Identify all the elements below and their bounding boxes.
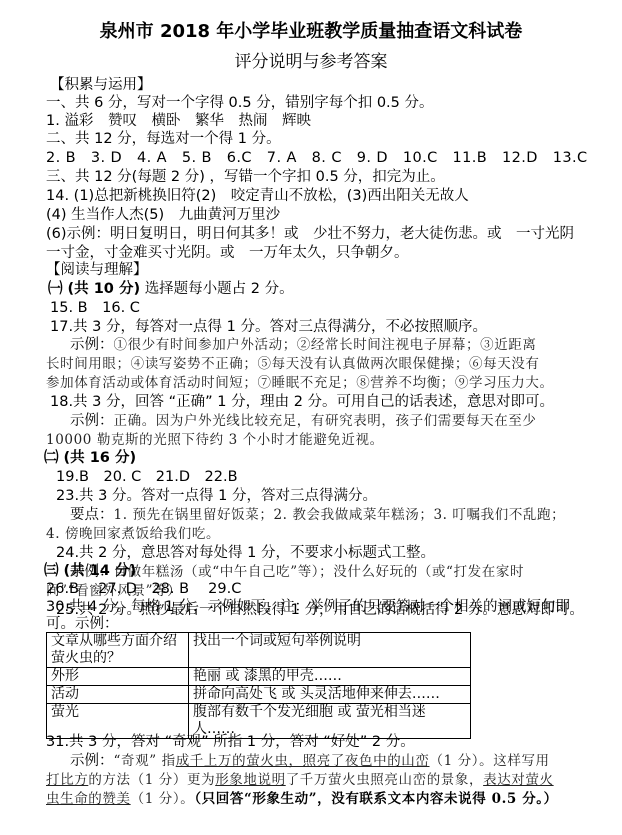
q17-example-text: ①很少有时间参加户外活动；②经常长时间注视电子屏幕；③近距离 xyxy=(114,337,537,353)
table-cell: 拼命向高处飞 或 头灵活地伸来伸去…… xyxy=(189,686,471,704)
example-label: 示例： xyxy=(70,337,114,353)
q1-answer: 1. 溢彩 赞叹 横卧 繁华 热闹 辉映 xyxy=(46,112,311,130)
q17-example-l2: 长时间用眼；④读写姿势不正确；⑤每天没有认真做两次眼保健操；⑥每天没有 xyxy=(46,355,540,373)
q14-line1: 14. (1)总把新桃换旧符(2) 咬定青山不放松，(3)西出阳关无故人 xyxy=(46,187,469,205)
q17-example-l3: 参加体育活动或体育活动时间短；⑦睡眠不充足；⑧营养不均衡；⑨学习压力大。 xyxy=(46,374,554,392)
table-cell: 活动 xyxy=(47,686,189,704)
q31-text: “奇观” 指 xyxy=(114,753,176,769)
part3-rule: 三、共 12 分(每题 2 分) ，写错一个字扣 0.5 分，扣完为止。 xyxy=(46,168,445,186)
q18-example-text: 正确。因为户外光线比较充足，有研究表明，孩子们需要每天在至少 xyxy=(114,413,537,429)
part3-heading: ㈢ (共 14 分) xyxy=(44,562,136,580)
part1-heading: ㈠ (共 10 分) xyxy=(48,281,140,297)
part2-heading: ㈡ (共 16 分) xyxy=(44,449,136,467)
table-cell: 艳丽 或 漆黑的甲壳…… xyxy=(189,668,471,686)
q26-29-answers: 26.B 27. D 28. B 29.C xyxy=(46,580,241,598)
q31-underlined: 形象地说明 xyxy=(215,772,286,788)
q31-text: 了千万萤火虫照亮山峦的景象， xyxy=(286,772,483,788)
example-label: 示例： xyxy=(70,753,114,769)
q31-text: （1 分）。 xyxy=(131,791,195,807)
q24-example-text: 自做年糕汤（或“中午自己吃”等）；没什么好玩的（或“打发在家时 xyxy=(114,564,525,580)
q2-13-answers: 2. B 3. D 4. A 5. B 6.C 7. A 8. C 9. D 1… xyxy=(46,149,588,167)
q31-text: （1 分）。这样写用 xyxy=(430,753,550,769)
table-header-cell: 文章从哪些方面介绍萤火虫的？ xyxy=(47,633,189,668)
q24-rule: 24.共 2 分，意思答对每处得 1 分，不要求小标题式工整。 xyxy=(56,544,435,562)
section-heading-accumulation: 【积累与运用】 xyxy=(50,76,152,94)
q24-example-l1: 示例：自做年糕汤（或“中午自己吃”等）；没什么好玩的（或“打发在家时 xyxy=(70,563,524,581)
section-heading-reading: 【阅读与理解】 xyxy=(46,261,148,279)
points-label: 要点： xyxy=(70,507,114,523)
q23-rule: 23.共 3 分。答对一点得 1 分，答对三点得满分。 xyxy=(56,487,377,505)
table-header-row: 文章从哪些方面介绍萤火虫的？ 找出一个词或短句举例说明 xyxy=(47,633,471,668)
q18-example-l1: 示例：正确。因为户外光线比较充足，有研究表明，孩子们需要每天在至少 xyxy=(70,412,537,430)
q30-answer-table: 文章从哪些方面介绍萤火虫的？ 找出一个词或短句举例说明 外形 艳丽 或 漆黑的甲… xyxy=(46,632,471,739)
q31-scoring-note: （只回答“形象生动”，没有联系文本内容未说得 0.5 分。） xyxy=(194,791,557,807)
table-row: 活动 拼命向高处飞 或 头灵活地伸来伸去…… xyxy=(47,686,471,704)
q31-rule: 31.共 3 分，答对 “奇观” 所指 1 分，答对 “好处” 2 分。 xyxy=(46,733,415,751)
table-cell: 外形 xyxy=(47,668,189,686)
q31-underlined: 成千上万的萤火虫，照亮了夜色中的山峦 xyxy=(176,753,430,769)
table-header-cell: 找出一个词或短句举例说明 xyxy=(189,633,471,668)
q18-rule: 18.共 3 分，回答 “正确” 1 分，理由 2 分。可用自己的话表述，意思对… xyxy=(50,393,554,411)
q23-points-text: 1. 预先在锅里留好饭菜；2. 教会我做咸菜年糕汤；3. 叮嘱我们不乱跑； xyxy=(114,507,566,523)
q18-example-l2: 10000 勒克斯的光照下待约 3 个小时才能避免近视。 xyxy=(46,431,384,449)
part2-rule: 二、共 12 分，每选对一个得 1 分。 xyxy=(46,130,281,148)
q31-underlined: 虫生命的赞美 xyxy=(46,791,131,807)
part1-rule: 一、共 6 分，写对一个字得 0.5 分，错别字每个扣 0.5 分。 xyxy=(46,94,434,112)
q31-underlined: 打比方 xyxy=(46,772,88,788)
q31-text: 的方法（1 分）更为 xyxy=(88,772,215,788)
q31-example-l3: 虫生命的赞美（1 分）。（只回答“形象生动”，没有联系文本内容未说得 0.5 分… xyxy=(46,790,558,808)
q31-underlined: 表达对萤火 xyxy=(483,772,554,788)
q17-rule: 17.共 3 分，每答对一点得 1 分。答对三点得满分，不必按照顺序。 xyxy=(50,318,487,336)
table-row: 外形 艳丽 或 漆黑的甲壳…… xyxy=(47,668,471,686)
document-title: 泉州市 2018 年小学毕业班教学质量抽查语文科试卷 xyxy=(0,21,622,43)
document-subtitle: 评分说明与参考答案 xyxy=(0,51,622,73)
q14-line2: (4) 生当作人杰(5) 九曲黄河万里沙 xyxy=(46,206,280,224)
part1-heading-note: 选择题每小题占 2 分。 xyxy=(145,281,294,297)
q19-22-answers: 19.B 20. C 21.D 22.B xyxy=(56,468,238,486)
q14-line4: 一寸金，寸金难买寸光阴。或 一万年太久，只争朝夕。 xyxy=(46,244,409,262)
q23-points-l2: 4. 傍晚回家煮饭给我们吃。 xyxy=(46,525,220,543)
q30-rule-l1: 30.共 4 分。每格 1 分，示例如下。注：举例子的只要答对一个相关的词或短句… xyxy=(46,598,570,616)
q14-line3: (6)示例：明日复明日，明日何其多！或 少壮不努力，老大徒伤悲。或 一寸光阴 xyxy=(46,225,574,243)
part1-header: ㈠ (共 10 分) 选择题每小题占 2 分。 xyxy=(48,280,294,298)
q23-points-l1: 要点：1. 预先在锅里留好饭菜；2. 教会我做咸菜年糕汤；3. 叮嘱我们不乱跑； xyxy=(70,506,565,524)
example-label: 示例： xyxy=(70,413,114,429)
q30-rule-l2: 可。示例： xyxy=(46,615,119,633)
q31-example-l2: 打比方的方法（1 分）更为形象地说明了千万萤火虫照亮山峦的景象，表达对萤火 xyxy=(46,771,554,789)
q15-16-answers: 15. B 16. C xyxy=(50,299,140,317)
q31-example-l1: 示例：“奇观” 指成千上万的萤火虫，照亮了夜色中的山峦（1 分）。这样写用 xyxy=(70,752,550,770)
q17-example-l1: 示例：①很少有时间参加户外活动；②经常长时间注视电子屏幕；③近距离 xyxy=(70,336,537,354)
